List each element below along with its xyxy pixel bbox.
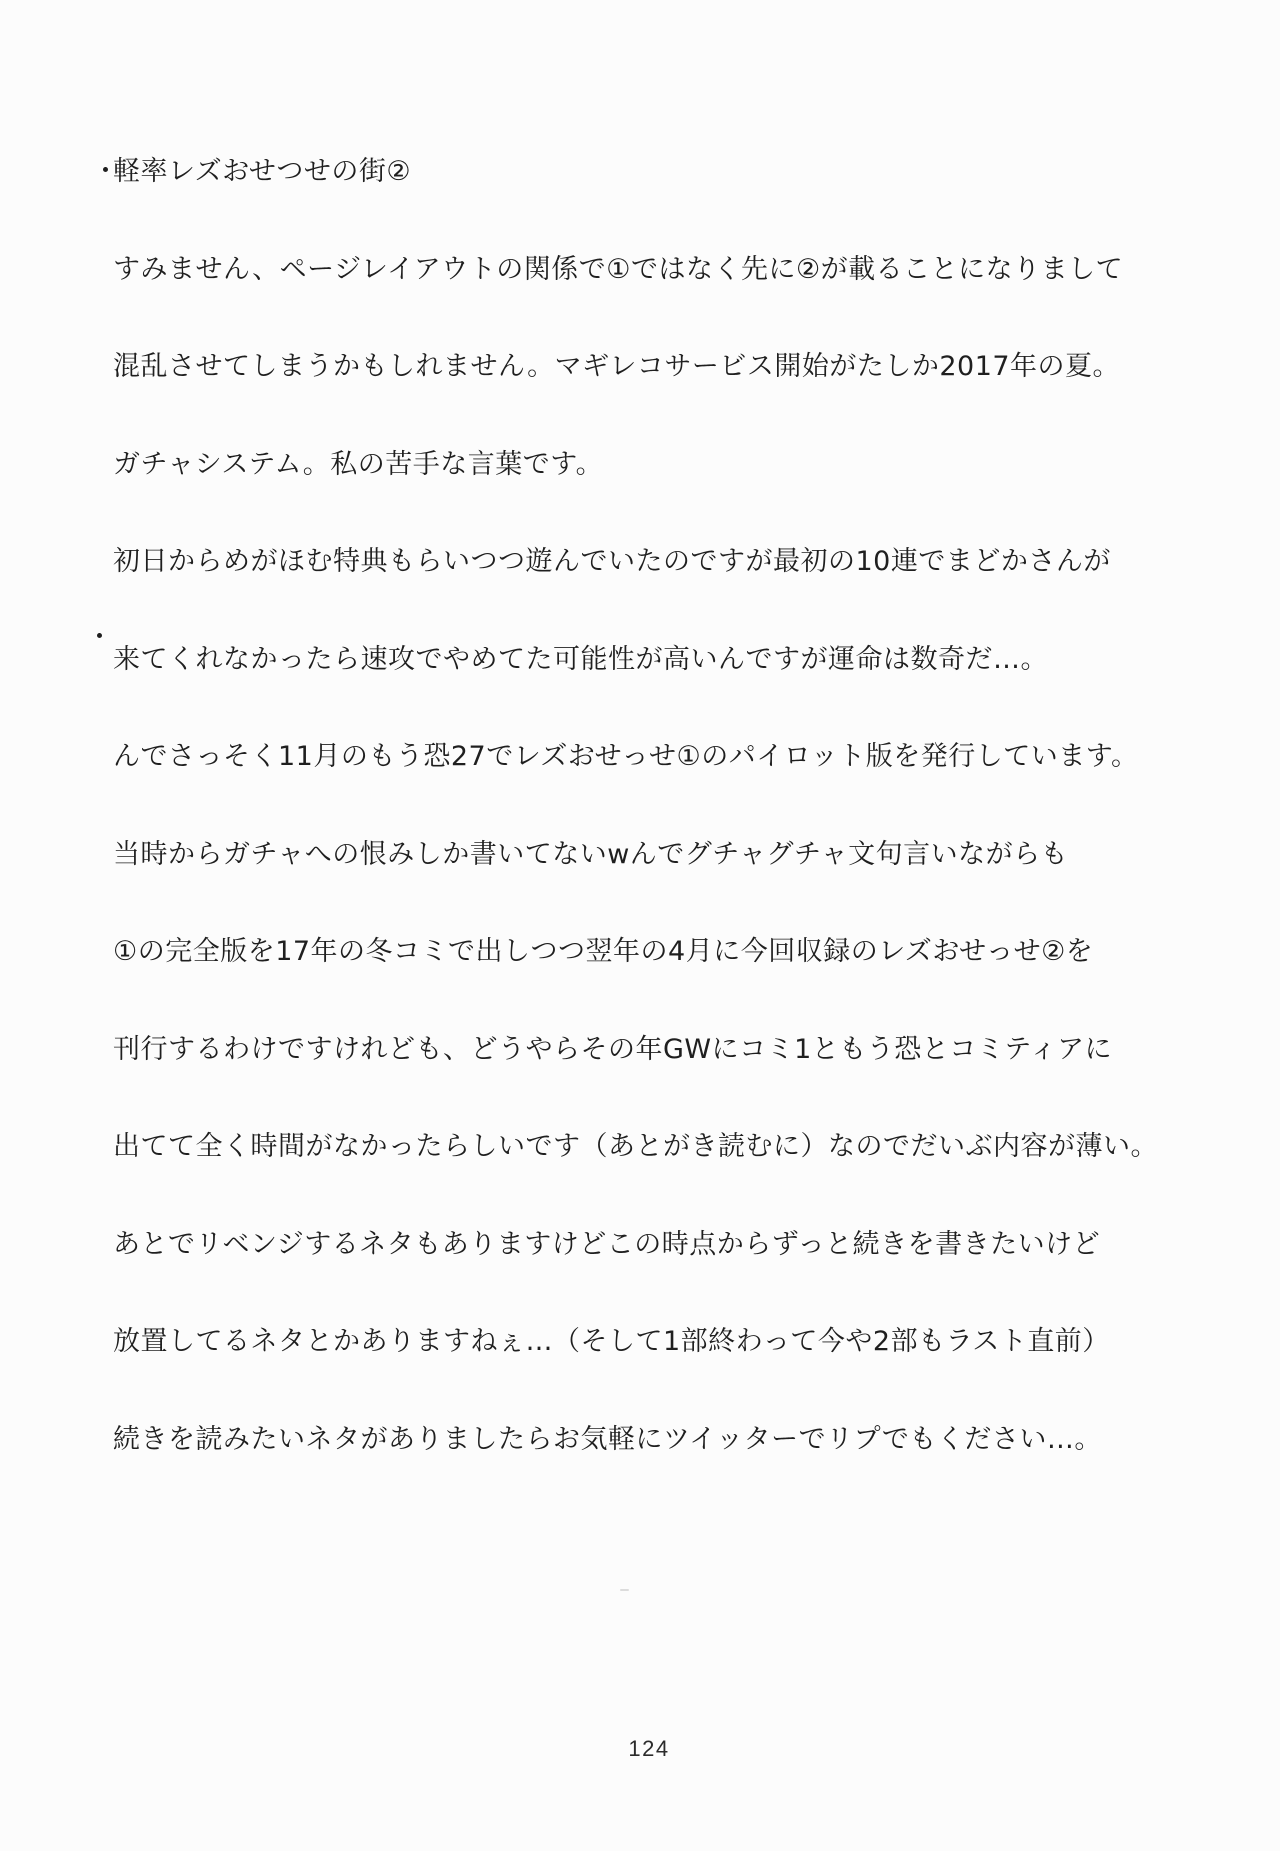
- afterword-line: ①の完全版を17年の冬コミで出しつつ翌年の4月に今回収録のレズおせっせ②を: [92, 934, 1158, 970]
- afterword-line: ガチャシステム。私の苦手な言葉です。: [92, 447, 1158, 483]
- afterword-line: 続きを読みたいネタがありましたらお気軽にツイッターでリプでもください…。: [92, 1422, 1158, 1458]
- scanned-page: ・軽率レズおせつせの街② すみません、ページレイアウトの関係で①ではなく先に②が…: [0, 0, 1280, 1851]
- afterword-line: 初日からめがほむ特典もらいつつ遊んでいたのですが最初の10連でまどかさんが: [92, 544, 1158, 580]
- afterword-line: 混乱させてしまうかもしれません。マギレコサービス開始がたしか2017年の夏。: [92, 349, 1158, 385]
- afterword-line: 来てくれなかったら速攻でやめてた可能性が高いんですが運命は数奇だ…。: [92, 642, 1158, 678]
- afterword-line: 出てて全く時間がなかったらしいです（あとがき読むに）なのでだいぶ内容が薄い。: [92, 1129, 1158, 1165]
- afterword-line: んでさっそく11月のもう恐27でレズおせっせ①のパイロット版を発行しています。: [92, 739, 1158, 775]
- afterword-line: すみません、ページレイアウトの関係で①ではなく先に②が載ることになりまして: [92, 252, 1158, 288]
- bullet-marker: ・: [92, 154, 113, 190]
- afterword-line: あとでリベンジするネタもありますけどこの時点からずっと続きを書きたいけど: [92, 1227, 1158, 1263]
- afterword-block: ・軽率レズおせつせの街② すみません、ページレイアウトの関係で①ではなく先に②が…: [92, 92, 1158, 1519]
- page-number: 124: [574, 1736, 724, 1762]
- afterword-line: 当時からガチャへの恨みしか書いてないwんでグチャグチャ文句言いながらも: [92, 837, 1158, 873]
- stray-bullet: ・: [86, 620, 113, 655]
- afterword-line: 刊行するわけですけれども、どうやらその年GWにコミ1ともう恐とコミティアに: [92, 1032, 1158, 1068]
- afterword-title-line: ・軽率レズおせつせの街②: [92, 154, 1158, 190]
- scan-artifact: [620, 1589, 629, 1591]
- afterword-line: 放置してるネタとかありますねぇ…（そして1部終わって今や2部もラスト直前）: [92, 1324, 1158, 1360]
- afterword-title: 軽率レズおせつせの街②: [113, 156, 411, 187]
